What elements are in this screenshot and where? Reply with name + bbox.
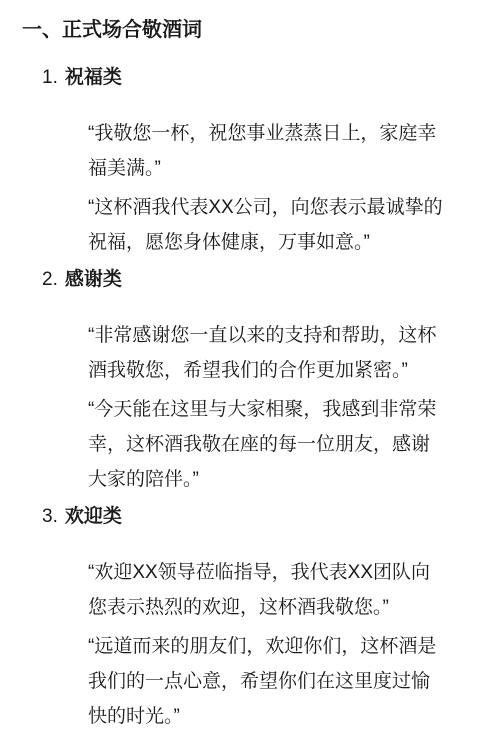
document-title: 一、正式场合敬酒词 <box>22 16 480 44</box>
section-label: 欢迎类 <box>65 506 122 527</box>
section-label: 感谢类 <box>65 269 122 290</box>
section-heading: 3.欢迎类 <box>42 503 480 531</box>
quote-paragraph: “远道而来的朋友们，欢迎你们，这杯酒是 我们的一点心意，希望你们在这里度过愉 快… <box>88 629 480 734</box>
section-welcome: 3.欢迎类 “欢迎XX领导莅临指导，我代表XX团队向 您表示热烈的欢迎，这杯酒我… <box>22 503 480 734</box>
section-heading: 1.祝福类 <box>42 64 480 92</box>
section-number: 2. <box>42 269 58 290</box>
quote-paragraph: “我敬您一杯，祝您事业蒸蒸日上，家庭幸 福美满。” <box>88 116 480 186</box>
section-number: 1. <box>42 67 58 88</box>
quote-paragraph: “这杯酒我代表XX公司，向您表示最诚挚的 祝福，愿您身体健康，万事如意。” <box>88 190 480 260</box>
section-label: 祝福类 <box>65 67 122 88</box>
quote-paragraph: “非常感谢您一直以来的支持和帮助，这杯 酒我敬您，希望我们的合作更加紧密。” <box>88 318 480 388</box>
quote-paragraph: “今天能在这里与大家相聚，我感到非常荣 幸，这杯酒我敬在座的每一位朋友，感谢 大… <box>88 392 480 497</box>
document: 一、正式场合敬酒词 1.祝福类 “我敬您一杯，祝您事业蒸蒸日上，家庭幸 福美满。… <box>22 16 480 734</box>
section-heading: 2.感谢类 <box>42 266 480 294</box>
section-blessing: 1.祝福类 “我敬您一杯，祝您事业蒸蒸日上，家庭幸 福美满。” “这杯酒我代表X… <box>22 64 480 260</box>
section-thanks: 2.感谢类 “非常感谢您一直以来的支持和帮助，这杯 酒我敬您，希望我们的合作更加… <box>22 266 480 497</box>
section-number: 3. <box>42 506 58 527</box>
quote-paragraph: “欢迎XX领导莅临指导，我代表XX团队向 您表示热烈的欢迎，这杯酒我敬您。” <box>88 555 480 625</box>
